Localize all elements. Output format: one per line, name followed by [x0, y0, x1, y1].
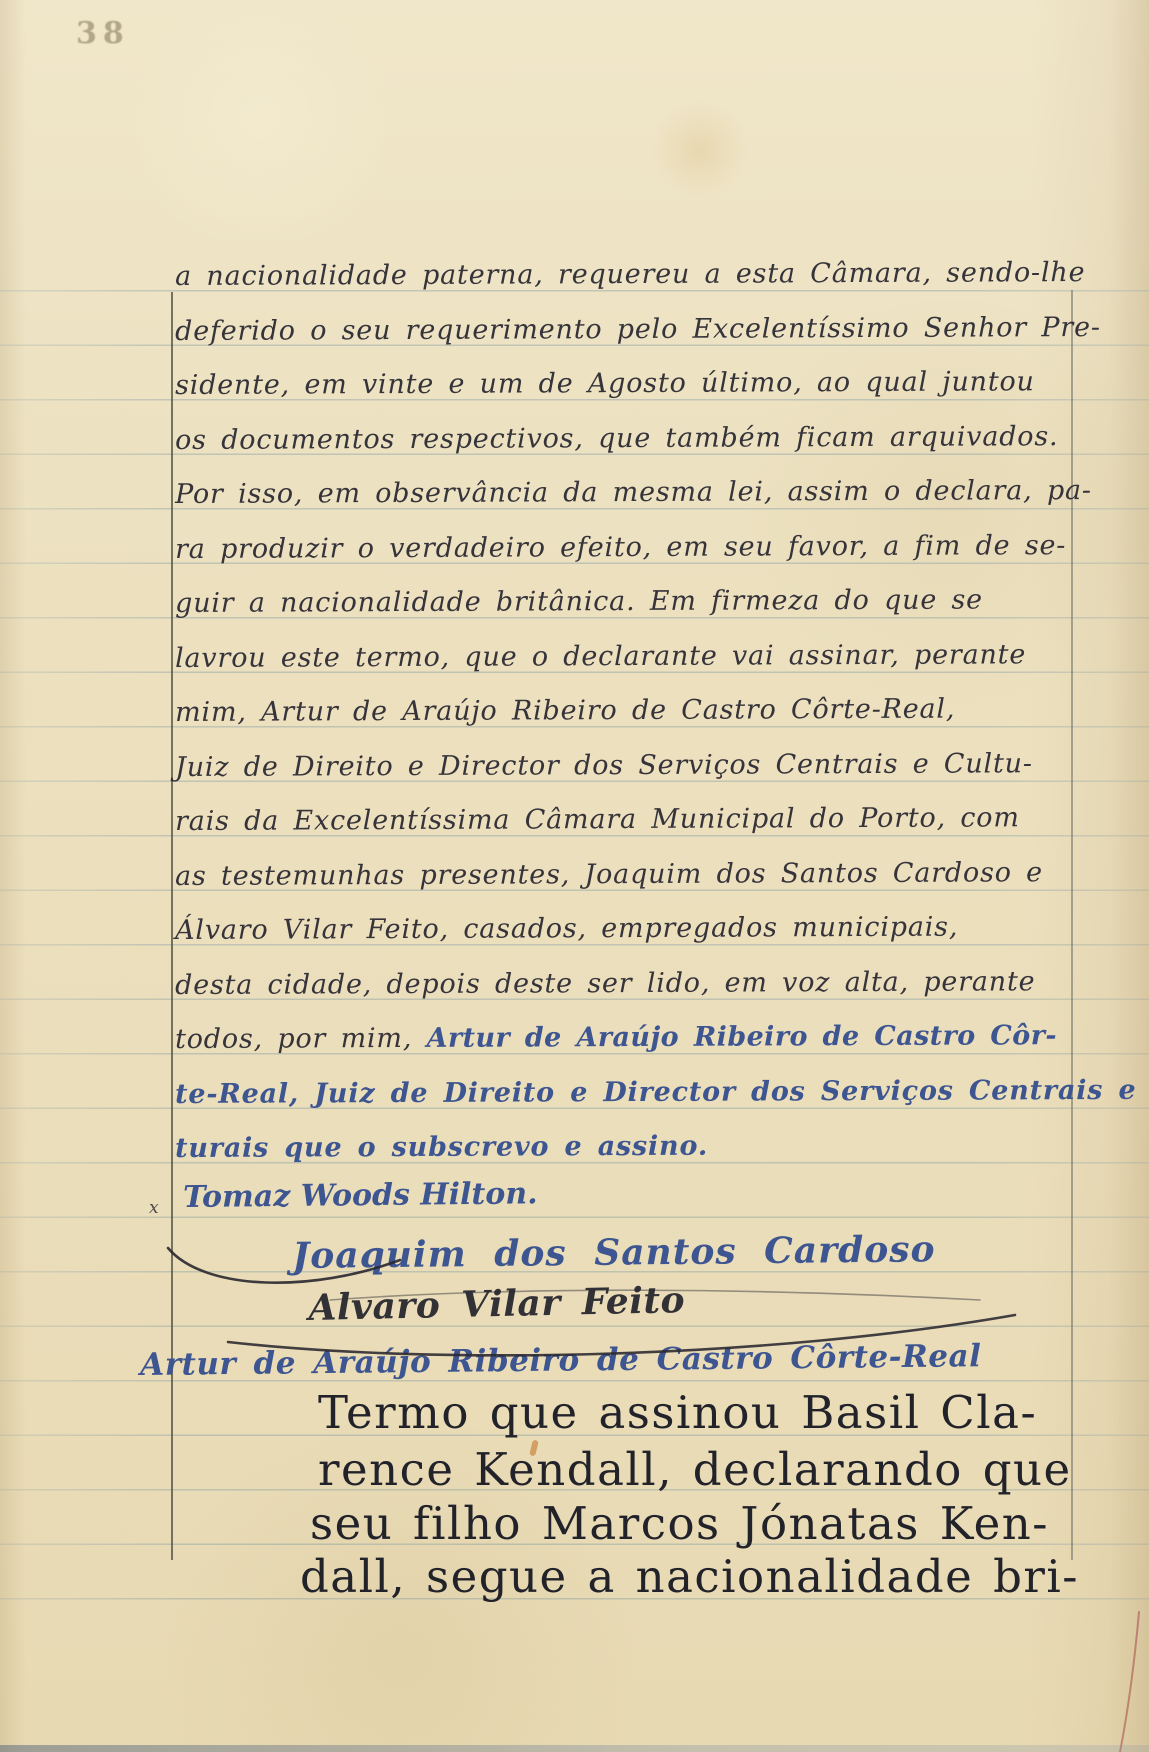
page-number: 38 — [76, 16, 130, 51]
manuscript-line: os documentos respectivos, que também fi… — [175, 421, 1058, 456]
manuscript-line: mim, Artur de Araújo Ribeiro de Castro C… — [175, 694, 955, 728]
manuscript-line: Juiz de Direito e Director dos Serviços … — [175, 748, 1033, 783]
manuscript-line: sidente, em vinte e um de Agosto último,… — [175, 366, 1035, 401]
ledger-page: 38 a nacionalidade paterna, requereu a e… — [0, 0, 1149, 1752]
signature-declarant: Tomaz Woods Hilton. — [183, 1176, 538, 1215]
margin-x-mark: x — [149, 1198, 159, 1218]
manuscript-line: guir a nacionalidade britânica. Em firme… — [175, 584, 983, 619]
manuscript-line: a nacionalidade paterna, requereu a esta… — [175, 257, 1085, 292]
manuscript-line: Álvaro Vilar Feito, casados, empregados … — [175, 912, 958, 946]
photo-bottom-edge — [0, 1745, 1149, 1752]
manuscript-line: ra produzir o verdadeiro efeito, em seu … — [175, 530, 1066, 565]
manuscript-line: rais da Excelentíssima Câmara Municipal … — [175, 802, 1020, 837]
manuscript-line: lavrou este termo, que o declarante vai … — [175, 639, 1026, 674]
page-edge-line — [1120, 1612, 1139, 1752]
next-term-heading-line: dall, segue a nacionalidade bri- — [300, 1550, 1079, 1603]
manuscript-line: Por isso, em observância da mesma lei, a… — [175, 475, 1092, 510]
next-term-heading-line: Termo que assinou Basil Cla- — [318, 1386, 1037, 1439]
manuscript-line: turais que o subscrevo e assino. — [175, 1131, 708, 1164]
signature-witness-2: Alvaro Vilar Feito — [308, 1279, 685, 1329]
official-name-inline: Artur de Araújo Ribeiro de Castro Côr- — [426, 1020, 1056, 1054]
closing-prefix: todos, por mim, — [175, 1023, 427, 1055]
manuscript-line: deferido o seu requerimento pelo Excelen… — [175, 312, 1101, 347]
manuscript-line: te-Real, Juiz de Direito e Director dos … — [175, 1074, 1149, 1110]
signature-witness-1: Joaquim dos Santos Cardoso — [292, 1228, 936, 1277]
next-term-heading-line: rence Kendall, declarando que — [318, 1443, 1072, 1496]
manuscript-line: todos, por mim, Artur de Araújo Ribeiro … — [175, 1020, 1057, 1055]
next-term-heading-line: seu filho Marcos Jónatas Ken- — [310, 1497, 1049, 1550]
manuscript-line: as testemunhas presentes, Joaquim dos Sa… — [175, 857, 1043, 892]
manuscript-line: desta cidade, depois deste ser lido, em … — [175, 966, 1035, 1001]
